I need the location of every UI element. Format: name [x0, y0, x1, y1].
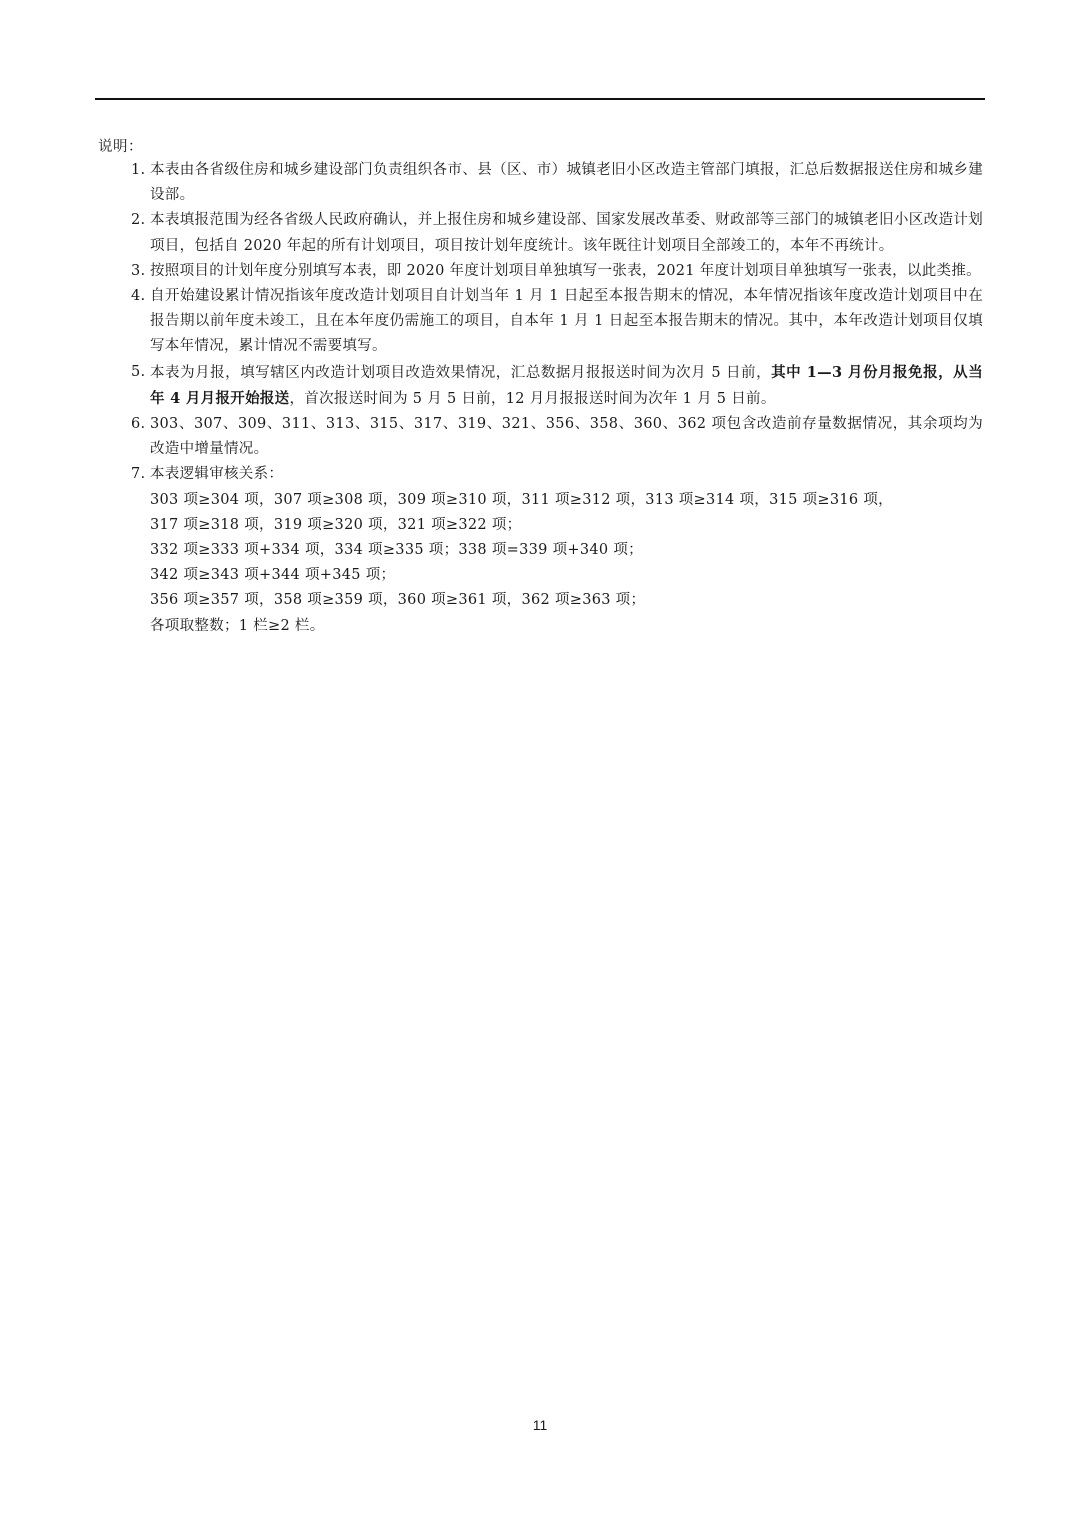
note-number: 2. — [131, 208, 145, 233]
note-item-1: 1. 本表由各省级住房和城乡建设部门负责组织各市、县（区、市）城镇老旧小区改造主… — [131, 158, 983, 208]
note-item-2: 2. 本表填报范围为经各省级人民政府确认，并上报住房和城乡建设部、国家发展改革委… — [131, 208, 983, 258]
note-number: 7. — [131, 462, 145, 487]
note-number: 4. — [131, 284, 145, 309]
notes-list: 1. 本表由各省级住房和城乡建设部门负责组织各市、县（区、市）城镇老旧小区改造主… — [131, 158, 983, 639]
note-item-4: 4. 自开始建设累计情况指该年度改造计划项目自计划当年 1 月 1 日起至本报告… — [131, 284, 983, 360]
page-number: 11 — [0, 1417, 1080, 1433]
logic-rule-line: 303 项≥304 项，307 项≥308 项，309 项≥310 项，311 … — [150, 488, 983, 513]
note-item-5: 5. 本表为月报，填写辖区内改造计划项目改造效果情况，汇总数据月报报送时间为次月… — [131, 360, 983, 412]
logic-rule-line: 342 项≥343 项+344 项+345 项； — [150, 563, 983, 588]
logic-rule-line: 各项取整数；1 栏≥2 栏。 — [150, 614, 983, 639]
note-number: 1. — [131, 158, 145, 183]
note-text: 本表为月报，填写辖区内改造计划项目改造效果情况，汇总数据月报报送时间为次月 5 … — [150, 365, 771, 381]
note-text: 本表由各省级住房和城乡建设部门负责组织各市、县（区、市）城镇老旧小区改造主管部门… — [150, 162, 983, 203]
header-rule — [95, 98, 985, 100]
logic-rule-line: 356 项≥357 项，358 项≥359 项，360 项≥361 项，362 … — [150, 588, 983, 613]
note-item-7: 7. 本表逻辑审核关系： 303 项≥304 项，307 项≥308 项，309… — [131, 462, 983, 638]
logic-rule-line: 332 项≥333 项+334 项，334 项≥335 项；338 项=339 … — [150, 538, 983, 563]
notes-heading: 说明： — [98, 135, 143, 156]
note-item-6: 6. 303、307、309、311、313、315、317、319、321、3… — [131, 412, 983, 462]
note-text: 本表填报范围为经各省级人民政府确认，并上报住房和城乡建设部、国家发展改革委、财政… — [150, 212, 983, 253]
note-item-3: 3. 按照项目的计划年度分别填写本表，即 2020 年度计划项目单独填写一张表，… — [131, 259, 983, 284]
note-number: 6. — [131, 412, 145, 437]
note-text: 303、307、309、311、313、315、317、319、321、356、… — [150, 416, 983, 457]
note-text: 按照项目的计划年度分别填写本表，即 2020 年度计划项目单独填写一张表，202… — [150, 263, 981, 279]
note-number: 3. — [131, 259, 145, 284]
logic-rule-line: 317 项≥318 项，319 项≥320 项，321 项≥322 项； — [150, 513, 983, 538]
note-text: ，首次报送时间为 5 月 5 日前，12 月月报报送时间为次年 1 月 5 日前… — [290, 391, 776, 407]
logic-rules: 303 项≥304 项，307 项≥308 项，309 项≥310 项，311 … — [150, 488, 983, 639]
note-text: 本表逻辑审核关系： — [150, 466, 283, 482]
note-text: 自开始建设累计情况指该年度改造计划项目自计划当年 1 月 1 日起至本报告期末的… — [150, 288, 983, 354]
note-number: 5. — [131, 360, 145, 385]
